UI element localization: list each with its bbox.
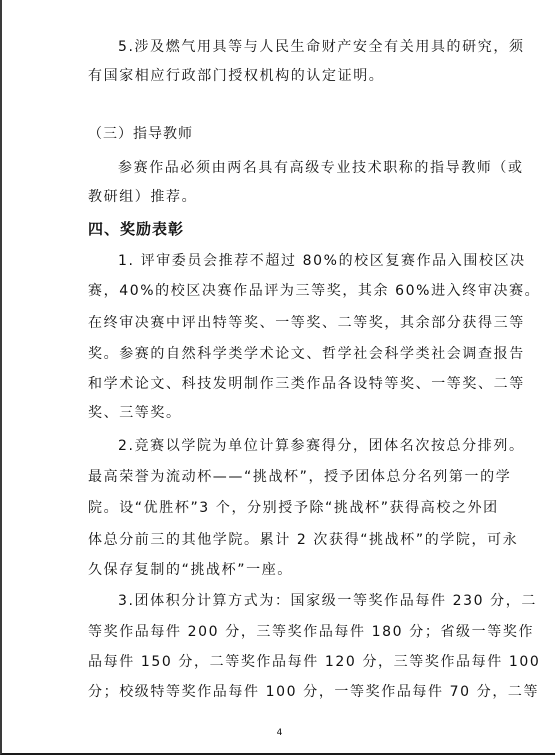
- paragraph-line: 等奖作品每件 200 分，三等奖作品每件 180 分；省级一等奖作: [88, 623, 478, 641]
- paragraph-line: 体总分前三的其他学院。累计 2 次获得“挑战杯”的学院，可永: [88, 531, 478, 549]
- document-page: 5.涉及燃气用具等与人民生命财产安全有关用具的研究，须 有国家相应行政部门授权机…: [0, 0, 555, 755]
- paragraph-line: 5.涉及燃气用具等与人民生命财产安全有关用具的研究，须: [118, 38, 478, 56]
- paragraph-line: 分；校级特等奖作品每件 100 分，一等奖作品每件 70 分，二等: [88, 683, 478, 701]
- paragraph-line: 最高荣誉为流动杯——“挑战杯”，授予团体总分名列第一的学: [88, 468, 478, 486]
- paragraph-line: 和学术论文、科技发明制作三类作品各设特等奖、一等奖、二等: [88, 375, 478, 393]
- paragraph-line: 在终审决赛中评出特等奖、一等奖、二等奖，其余部分获得三等: [88, 314, 478, 332]
- paragraph-line: 久保存复制的“挑战杯”一座。: [88, 561, 478, 579]
- paragraph-line: 1. 评审委员会推荐不超过 80%的校区复赛作品入围校区决: [118, 252, 478, 270]
- page-number: 4: [2, 728, 555, 738]
- paragraph-line: 参赛作品必须由两名具有高级专业技术职称的指导教师（或: [118, 159, 478, 177]
- paragraph-line: 奖。参赛的自然科学类学术论文、哲学社会科学类社会调查报告: [88, 345, 478, 363]
- paragraph-line: 2.竞赛以学院为单位计算参赛得分，团体名次按总分排列。: [118, 437, 478, 455]
- paragraph-line: 赛，40%的校区决赛作品评为三等奖，其余 60%进入终审决赛。: [88, 282, 478, 300]
- paragraph-line: 有国家相应行政部门授权机构的认定证明。: [88, 67, 478, 85]
- paragraph-line: 品每件 150 分，二等奖作品每件 120 分，三等奖作品每件 100: [88, 653, 478, 671]
- paragraph-line: 3.团体积分计算方式为：国家级一等奖作品每件 230 分，二: [118, 592, 478, 610]
- paragraph-line: 教研组）推荐。: [88, 188, 478, 206]
- paragraph-line: 院。设“优胜杯”3 个，分别授予除“挑战杯”获得高校之外团: [88, 499, 478, 517]
- section-heading-awards: 四、奖励表彰: [88, 220, 478, 238]
- subheading-advisor: （三）指导教师: [88, 125, 478, 143]
- paragraph-line: 奖、三等奖。: [88, 404, 478, 422]
